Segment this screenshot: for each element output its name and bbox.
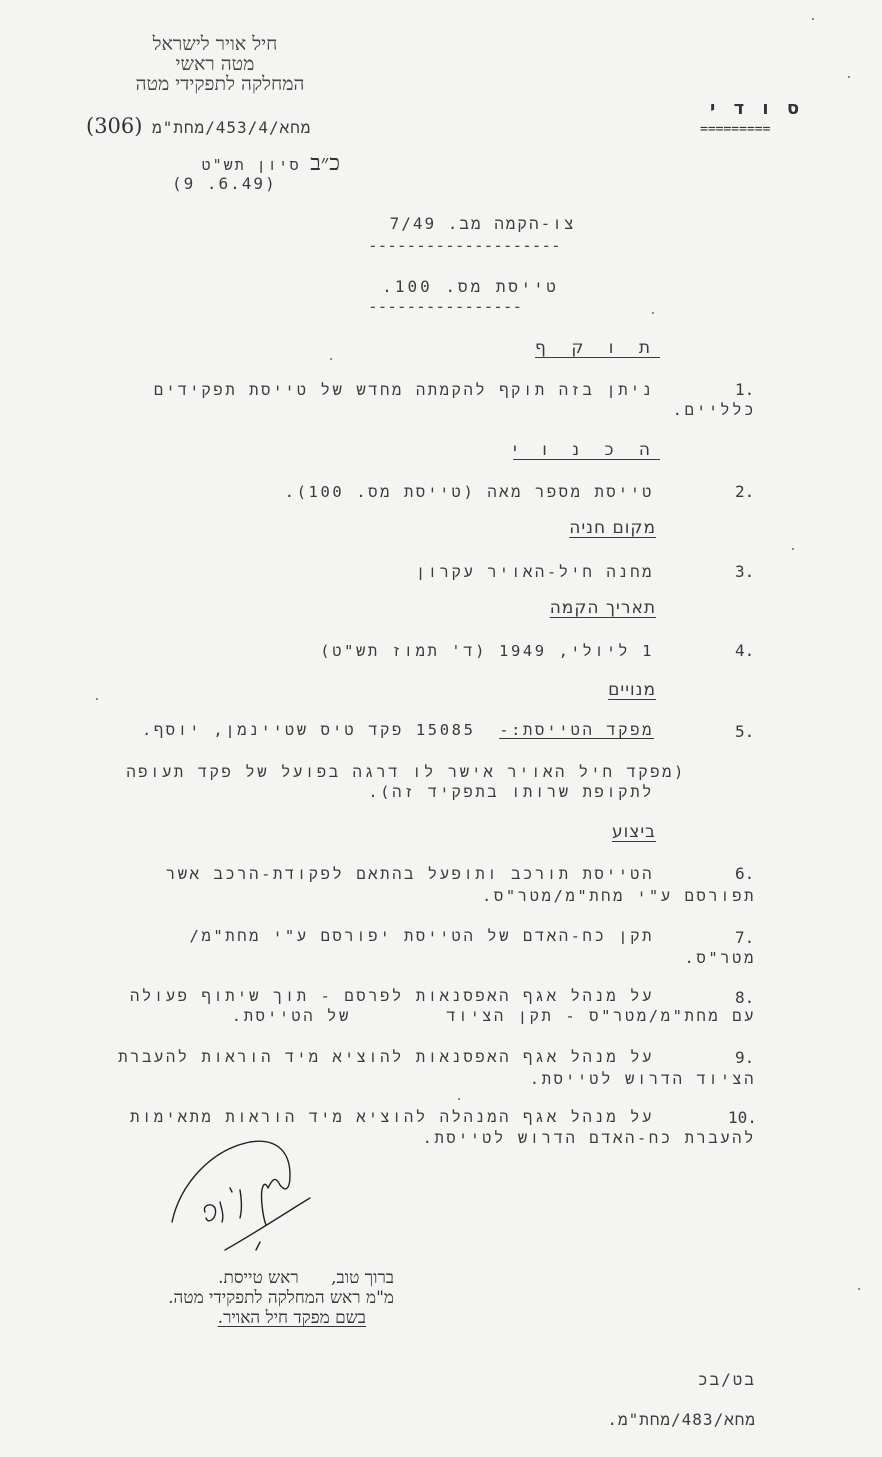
item-10-line-1: על מנהל אגף המנהלה להוציא מיד הוראות מתא… xyxy=(130,1107,654,1127)
item-5-note-line-2: לתקופת שרותו בתפקיד זה). xyxy=(368,782,654,802)
item-8-line-2: עם מחת"מ/מטר"ס - תקן הציוד של הטייסת. xyxy=(232,1006,756,1026)
item-2-line-1: טייסת מספר מאה (טייסת מס. 100). xyxy=(285,482,654,502)
squadron-title-underline: ---------------- xyxy=(368,297,522,316)
item-9-line-2: הציוד הדרוש לטייסת. xyxy=(530,1069,756,1089)
paper-speck xyxy=(858,1288,860,1290)
section-heading-location: מקום חניה xyxy=(569,518,656,538)
date-gregorian: (9 .6.49) xyxy=(170,174,340,193)
date-handwritten-day: כ״ב xyxy=(310,151,340,176)
item-7-line-2: מטר"ס. xyxy=(685,948,756,968)
item-number: 7. xyxy=(735,928,754,947)
paper-speck xyxy=(96,698,98,700)
reference-number: (306) מחא/453/4/מחת"מ xyxy=(86,114,311,138)
item-3-line-1: מחנה חיל-האויר עקרון xyxy=(416,562,654,582)
item-1-line-2: כלליים. xyxy=(673,400,756,420)
item-5-note-line-1: (מפקד חיל האויר אישר לו דרגה בפועל של פק… xyxy=(126,762,686,782)
letterhead-line-2: מטה ראשי xyxy=(110,54,320,74)
item-6-line-2: תפורסם ע"י מחת"מ/מטר"ס. xyxy=(482,886,756,906)
section-heading-establishment-date: תאריך הקמה xyxy=(550,598,656,618)
item-number: 4. xyxy=(735,641,754,660)
item-7-line-1: תקן כח-האדם של הטייסת יפורסם ע"י מחת"מ/ xyxy=(190,926,654,946)
letterhead-line-1: חיל אויר לישראל xyxy=(110,34,320,54)
item-number: 3. xyxy=(735,562,754,581)
section-heading-execution: ביצוע xyxy=(612,822,656,842)
squadron-commander-value: 15085 פקד טיס שטיינמן, יוסף. xyxy=(142,721,476,739)
date-hebrew: סיון תש"ט xyxy=(202,156,301,174)
item-5-line-1: מפקד הטייסת:- 15085 פקד טיס שטיינמן, יוס… xyxy=(142,720,654,740)
paper-speck xyxy=(458,1098,460,1100)
signatory-title: מ"מ ראש המחלקה לתפקידי מטה. xyxy=(168,1288,394,1308)
item-number: 10. xyxy=(728,1108,757,1127)
item-9-line-1: על מנהל אגף האפסנאות להוציא מיד הוראות ל… xyxy=(118,1047,654,1067)
paper-speck xyxy=(652,312,654,314)
section-heading-name: ה כ נ ו י xyxy=(513,440,660,460)
item-number: 5. xyxy=(735,722,754,741)
item-10-line-2: להעברת כח-האדם הדרוש לטייסת. xyxy=(423,1128,756,1148)
order-title-underline: -------------------- xyxy=(368,236,561,255)
classification-underline: ========= xyxy=(700,122,770,137)
section-heading-appointments: מנויים xyxy=(608,680,656,700)
footer-initials: בט/בכ xyxy=(698,1370,756,1390)
paper-speck xyxy=(792,548,794,550)
letterhead-line-3: המחלקה לתפקידי מטה xyxy=(100,74,340,94)
handwritten-signature xyxy=(150,1130,350,1260)
paper-speck xyxy=(812,18,814,20)
date-block: כ״ב סיון תש"ט (9 .6.49) xyxy=(170,150,340,193)
item-number: 1. xyxy=(735,380,754,399)
section-heading-validity: ת ו ק ף xyxy=(535,338,660,358)
reference-typed: מחא/453/4/מחת"מ xyxy=(152,118,311,138)
signatory-on-behalf: בשם מפקד חיל האויר. xyxy=(218,1308,366,1328)
item-number: 6. xyxy=(735,864,754,883)
squadron-commander-label: מפקד הטייסת:- xyxy=(499,721,654,739)
item-8-line-1: על מנהל אגף האפסנאות לפרסם - תוך שיתוף פ… xyxy=(130,986,654,1006)
paper-speck xyxy=(848,76,850,78)
item-number: 8. xyxy=(735,988,754,1007)
paper-speck xyxy=(330,358,332,360)
signatory-name: ברוך טוב, ראש טייסת. xyxy=(218,1268,394,1288)
reference-handwritten: (306) xyxy=(86,114,142,138)
order-title: צו-הקמה מב. 7/49 xyxy=(380,214,585,234)
squadron-title: טייסת מס. 100. xyxy=(378,277,563,297)
classification-label: ס ו ד י xyxy=(710,98,805,119)
item-number: 9. xyxy=(735,1048,754,1067)
item-1-line-1: ניתן בזה תוקף להקמתה מחדש של טייסת תפקיד… xyxy=(154,380,654,400)
item-4-line-1: 1 ליולי, 1949 (ד' תמוז תש"ט) xyxy=(320,641,654,661)
item-number: 2. xyxy=(735,482,754,501)
item-6-line-1: הטייסת תורכב ותופעל בהתאם לפקודת-הרכב אש… xyxy=(166,864,654,884)
footer-file-reference: מחא/483/מחת"מ. xyxy=(607,1410,756,1430)
